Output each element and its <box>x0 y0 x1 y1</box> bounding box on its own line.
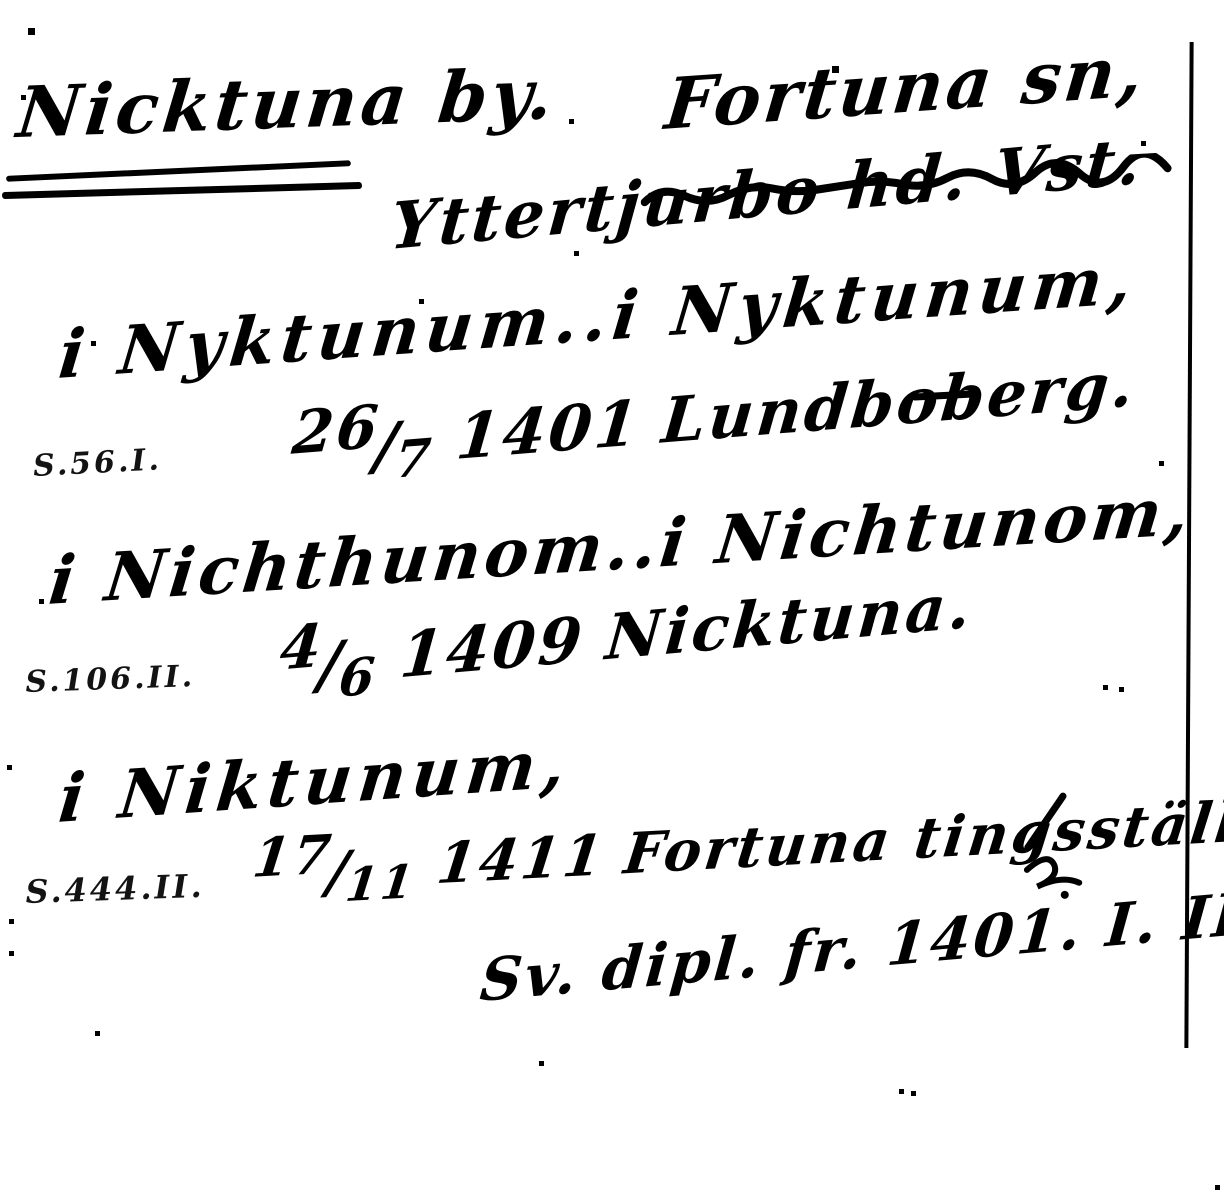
citation-year-3: 1411 <box>433 822 609 897</box>
headword-line: Nicktunaby. <box>14 59 560 148</box>
citation-year-2: 1409 <box>397 602 587 692</box>
date-month-1: 7 <box>392 426 436 490</box>
headword: Nicktuna <box>14 64 414 148</box>
date-fraction-3: 17/11 <box>248 837 421 902</box>
citation-row-1: 26/71401Lundboberg. <box>288 353 1139 482</box>
name-forms-row-2: i Nichthunom..i Nichtunom, <box>46 478 1196 614</box>
date-month-2: 6 <box>337 645 381 709</box>
archive-card: Nicktunaby. Fortuna sn, Yttertjurbo hd. … <box>0 0 1224 1195</box>
headword-double-underline-bottom <box>2 182 362 199</box>
date-month-3: 11 <box>343 854 419 912</box>
ink-speckles <box>0 0 3 3</box>
name-forms-row-3: i Niktunum, <box>56 730 574 832</box>
attestation-name-2: Nicktuna. <box>603 568 977 674</box>
date-fraction-2: 4/6 <box>276 627 382 698</box>
source-citation: Sv. dipl. fr. 1401. I. II. <box>478 883 1224 1010</box>
margin-reference-2: S.106.II. <box>25 662 196 698</box>
margin-reference-3: S.444.II. <box>25 870 205 908</box>
district-line: Yttertjurbo hd. Vst. <box>388 129 1146 260</box>
headword-type: by. <box>434 52 561 139</box>
pen-flourish-mark <box>1011 788 1096 907</box>
margin-reference-1: S.56.I. <box>32 445 162 482</box>
date-day-1: 26 <box>289 392 383 469</box>
citation-year-1: 1401 <box>453 386 644 474</box>
parish-name: Fortuna sn, <box>662 36 1149 140</box>
date-fraction-1: 26/7 <box>288 408 438 482</box>
date-day-3: 17 <box>249 822 337 890</box>
headword-double-underline-top <box>6 160 351 182</box>
attestation-name-1: Lundboberg. <box>659 347 1140 458</box>
attestation-name-3: Fortuna tingsställe. <box>621 786 1224 888</box>
